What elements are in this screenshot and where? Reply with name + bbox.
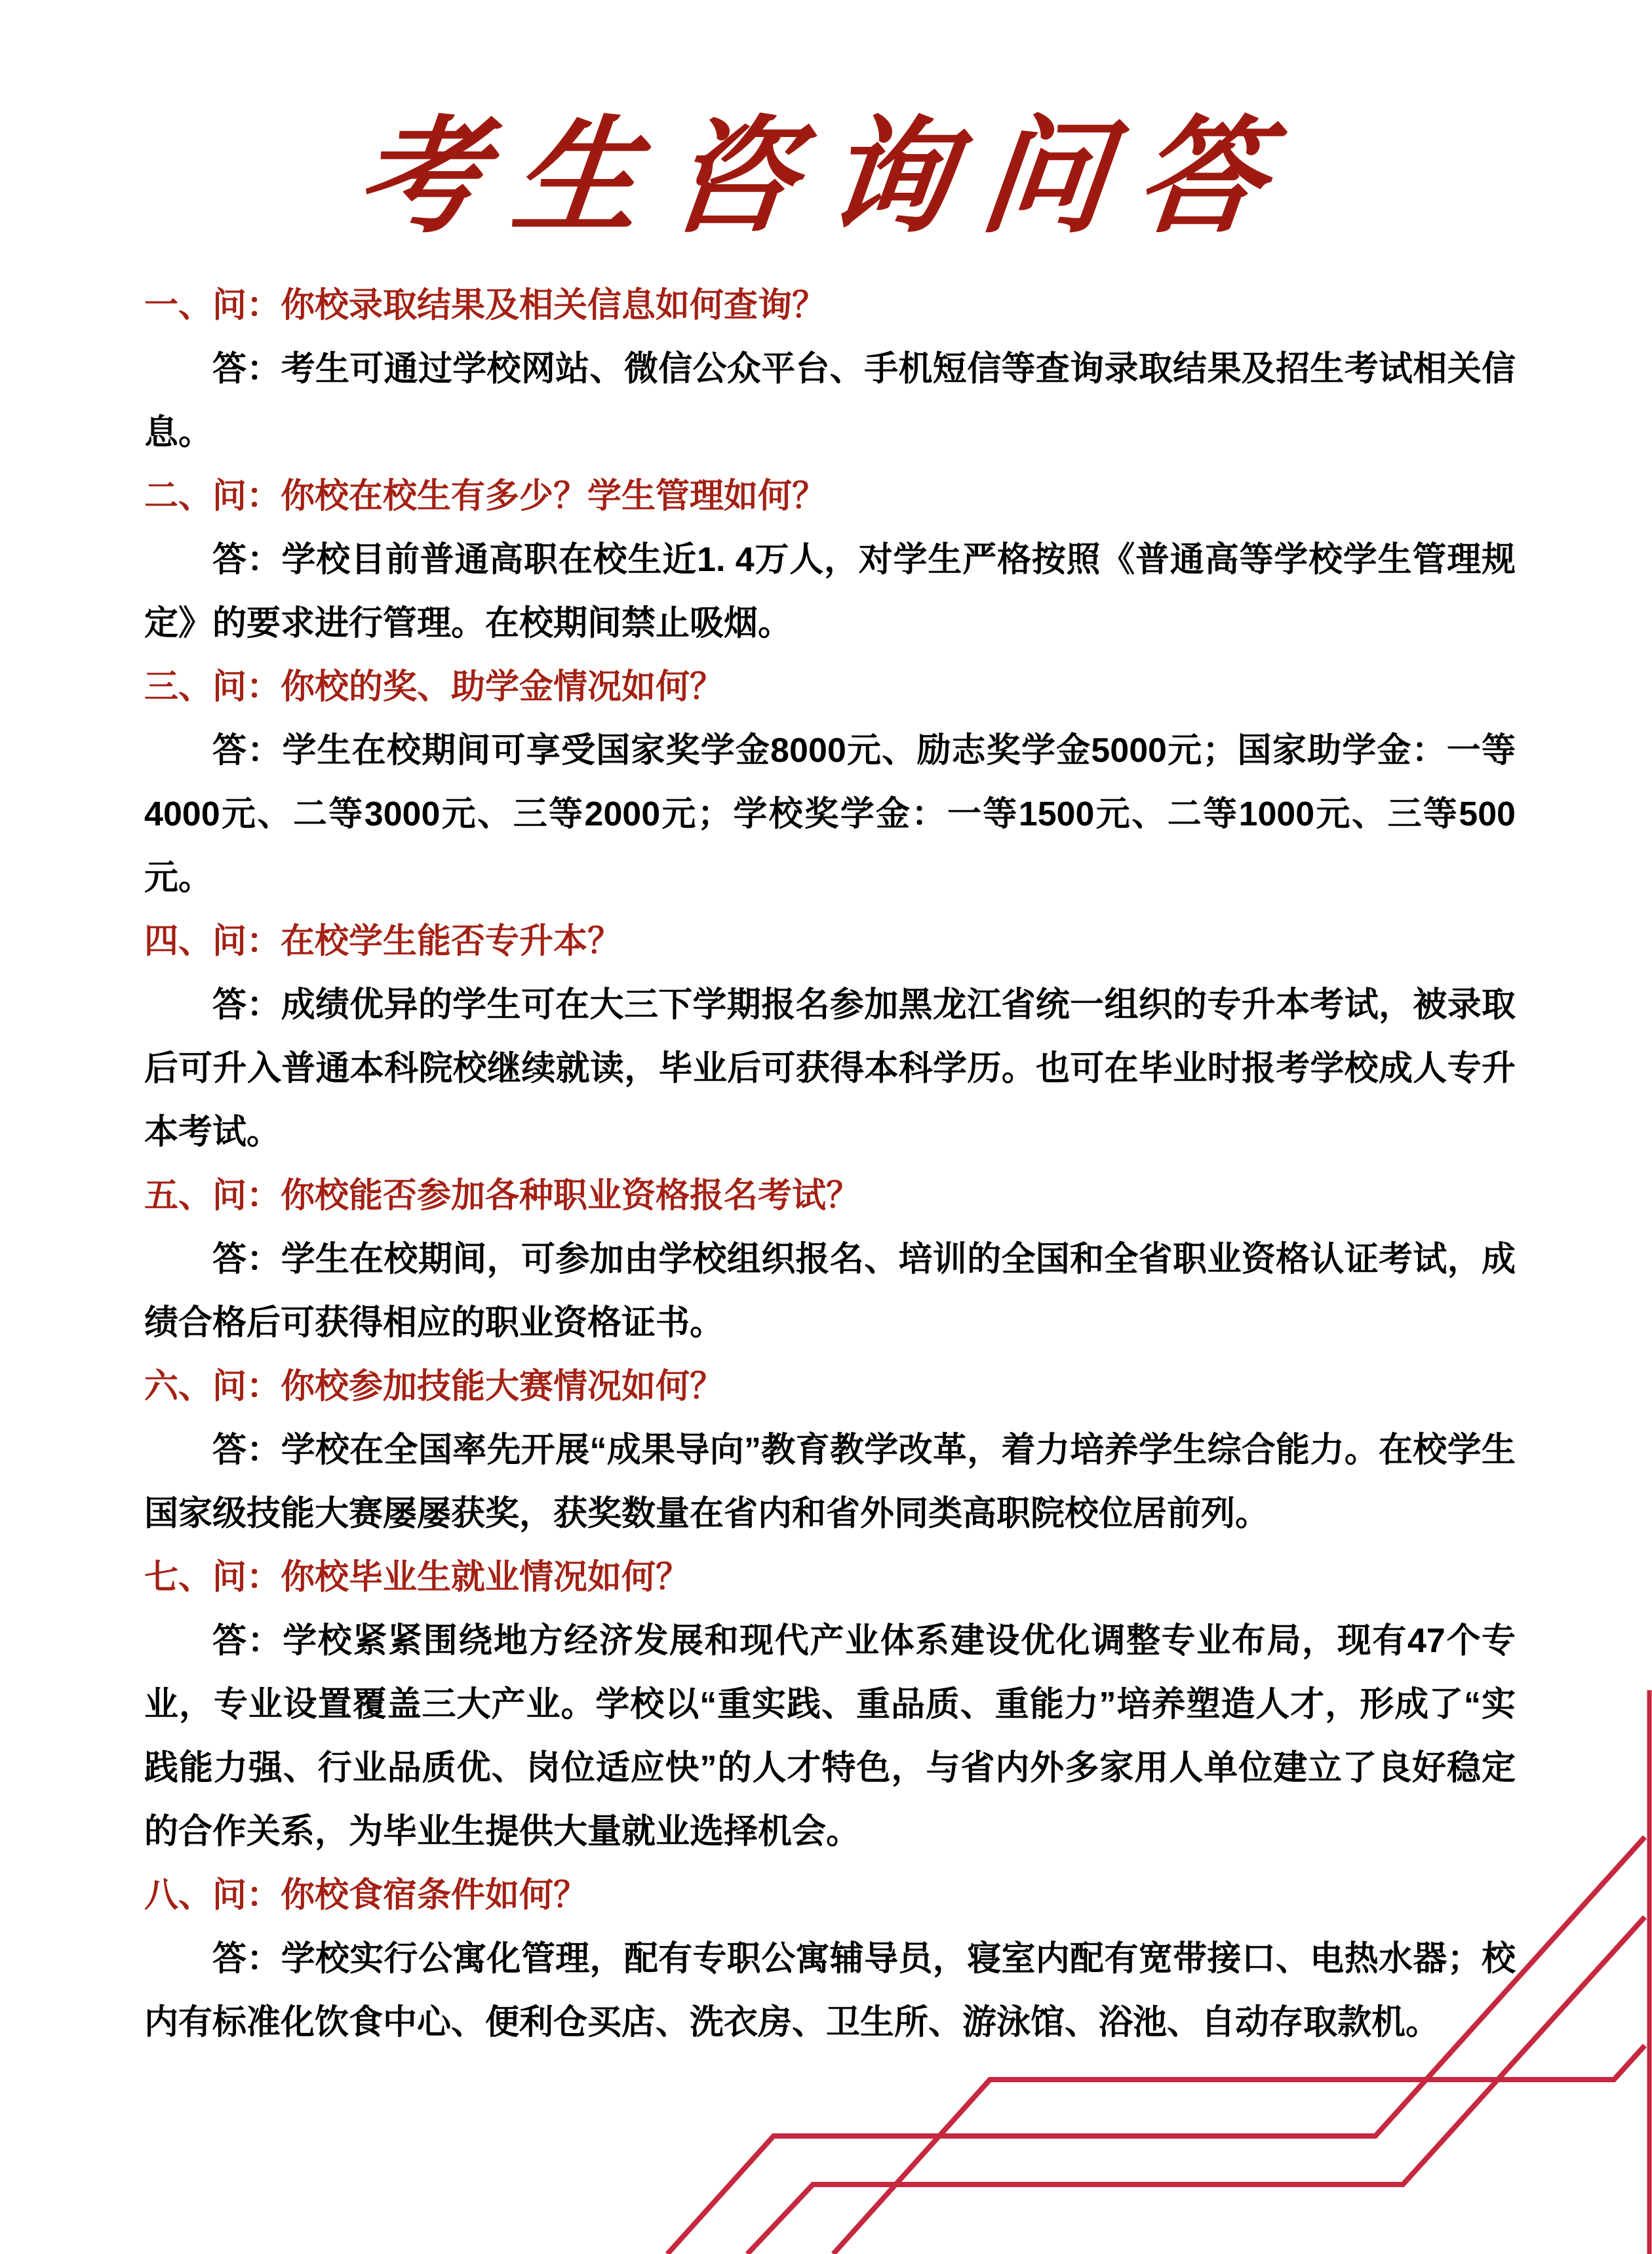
document-page: 考生咨询问答 一、问：你校录取结果及相关信息如何查询？ 答：考生可通过学校网站、… bbox=[0, 0, 1652, 2254]
question-heading: 八、问：你校食宿条件如何？ bbox=[144, 1864, 1516, 1928]
question-heading: 五、问：你校能否参加各种职业资格报名考试？ bbox=[144, 1164, 1516, 1228]
question-heading: 三、问：你校的奖、助学金情况如何？ bbox=[144, 656, 1516, 719]
qa-list: 一、问：你校录取结果及相关信息如何查询？ 答：考生可通过学校网站、微信公众平台、… bbox=[144, 274, 1516, 2055]
qa-item: 二、问：你校在校生有多少？学生管理如何？ 答：学校目前普通高职在校生近1. 4万… bbox=[144, 465, 1516, 656]
decoration-staircase-line-top bbox=[833, 2046, 1645, 2254]
qa-item: 一、问：你校录取结果及相关信息如何查询？ 答：考生可通过学校网站、微信公众平台、… bbox=[144, 274, 1516, 465]
answer-paragraph: 答：学生在校期间，可参加由学校组织报名、培训的全国和全省职业资格认证考试，成绩合… bbox=[144, 1228, 1516, 1355]
qa-item: 四、问：在校学生能否专升本？ 答：成绩优异的学生可在大三下学期报名参加黑龙江省统… bbox=[144, 910, 1516, 1164]
qa-item: 七、问：你校毕业生就业情况如何？ 答：学校紧紧围绕地方经济发展和现代产业体系建设… bbox=[144, 1546, 1516, 1864]
question-heading: 二、问：你校在校生有多少？学生管理如何？ bbox=[144, 465, 1516, 528]
page-title: 考生咨询问答 bbox=[0, 92, 1652, 262]
question-heading: 一、问：你校录取结果及相关信息如何查询？ bbox=[144, 274, 1516, 338]
question-heading: 四、问：在校学生能否专升本？ bbox=[144, 910, 1516, 974]
qa-item: 八、问：你校食宿条件如何？ 答：学校实行公寓化管理，配有专职公寓辅导员，寝室内配… bbox=[144, 1864, 1516, 2055]
answer-paragraph: 答：学生在校期间可享受国家奖学金8000元、励志奖学金5000元；国家助学金：一… bbox=[144, 719, 1516, 910]
answer-paragraph: 答：考生可通过学校网站、微信公众平台、手机短信等查询录取结果及招生考试相关信息。 bbox=[144, 338, 1516, 465]
answer-paragraph: 答：学校目前普通高职在校生近1. 4万人，对学生严格按照《普通高等学校学生管理规… bbox=[144, 528, 1516, 656]
qa-item: 三、问：你校的奖、助学金情况如何？ 答：学生在校期间可享受国家奖学金8000元、… bbox=[144, 656, 1516, 910]
answer-paragraph: 答：学校实行公寓化管理，配有专职公寓辅导员，寝室内配有宽带接口、电热水器；校内有… bbox=[144, 1928, 1516, 2055]
answer-paragraph: 答：学校在全国率先开展“成果导向”教育教学改革，着力培养学生综合能力。在校学生国… bbox=[144, 1419, 1516, 1546]
qa-item: 五、问：你校能否参加各种职业资格报名考试？ 答：学生在校期间，可参加由学校组织报… bbox=[144, 1164, 1516, 1355]
answer-paragraph: 答：学校紧紧围绕地方经济发展和现代产业体系建设优化调整专业布局，现有47个专业，… bbox=[144, 1610, 1516, 1864]
answer-paragraph: 答：成绩优异的学生可在大三下学期报名参加黑龙江省统一组织的专升本考试，被录取后可… bbox=[144, 974, 1516, 1164]
question-heading: 六、问：你校参加技能大赛情况如何？ bbox=[144, 1355, 1516, 1419]
qa-item: 六、问：你校参加技能大赛情况如何？ 答：学校在全国率先开展“成果导向”教育教学改… bbox=[144, 1355, 1516, 1546]
question-heading: 七、问：你校毕业生就业情况如何？ bbox=[144, 1546, 1516, 1610]
